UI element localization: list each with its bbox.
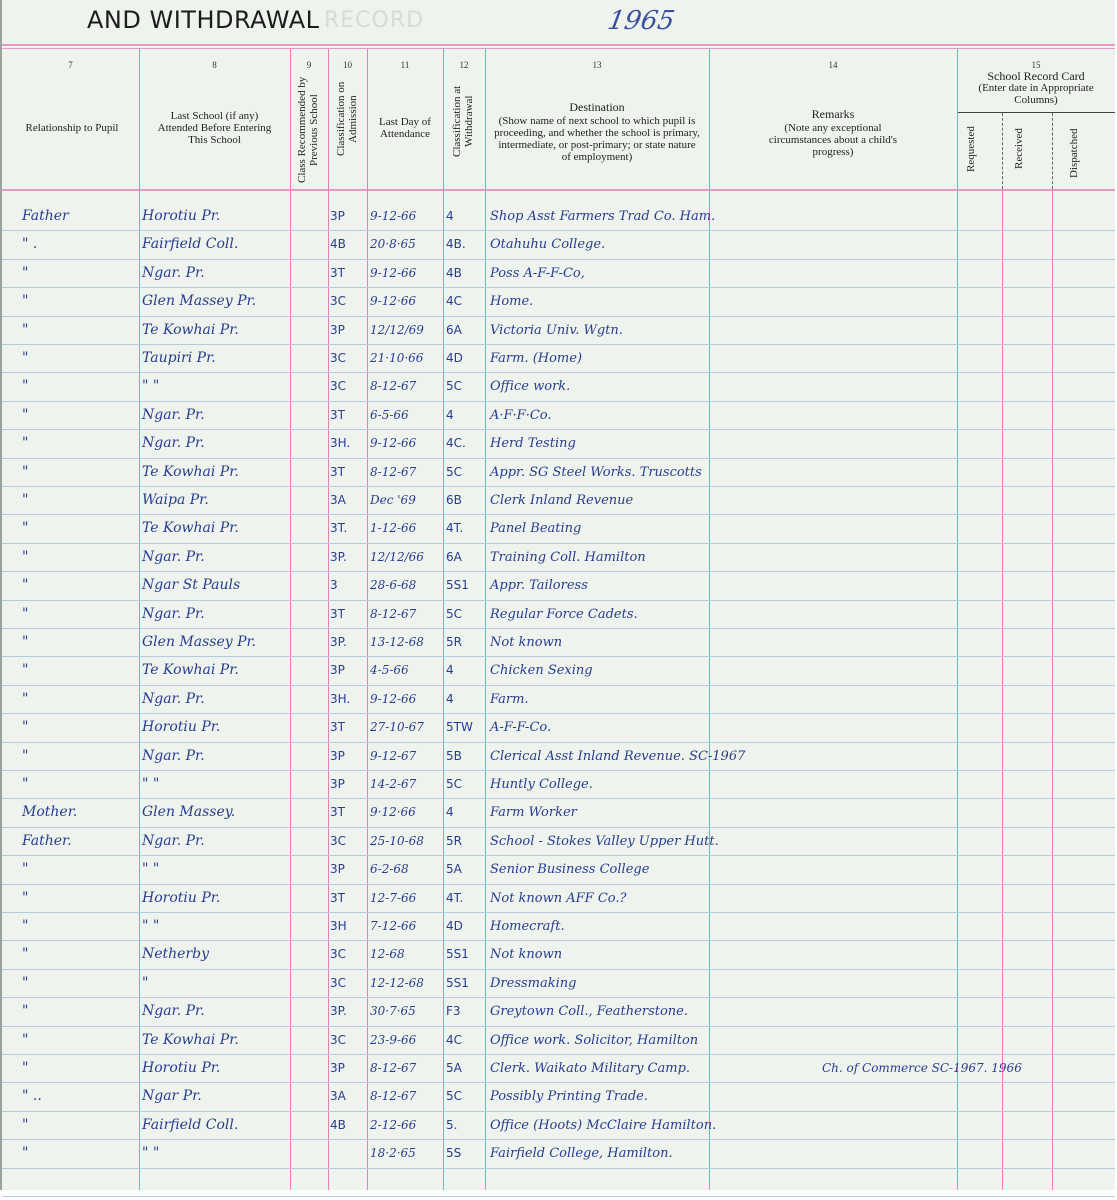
relationship-cell: " xyxy=(22,571,132,600)
last-school-cell: " " xyxy=(142,855,288,884)
last-day-cell: 8-12-67 xyxy=(370,1082,442,1111)
col-8-header: Last School (if any) Attended Before Ent… xyxy=(152,110,277,146)
remarks-cell xyxy=(714,230,954,259)
last-day-cell: 30·7·65 xyxy=(370,997,442,1026)
last-day-cell: 18·2·65 xyxy=(370,1139,442,1168)
admission-class-cell: 3P. xyxy=(330,997,366,1026)
column-line xyxy=(1002,189,1003,1190)
last-day-cell: 9-12-66 xyxy=(370,429,442,458)
remarks-cell xyxy=(714,458,954,487)
withdrawal-class-cell: 5R xyxy=(446,827,484,856)
withdrawal-class-cell: 4 xyxy=(446,656,484,685)
relationship-cell: " xyxy=(22,600,132,629)
relationship-cell: " xyxy=(22,713,132,742)
column-line xyxy=(957,49,958,1190)
admission-class-cell: 3T xyxy=(330,600,366,629)
last-school-cell: Ngar. Pr. xyxy=(142,259,288,288)
remarks-cell xyxy=(714,600,954,629)
withdrawal-class-cell: 4C xyxy=(446,287,484,316)
admission-class-cell xyxy=(330,1139,366,1168)
withdrawal-class-cell: 5S xyxy=(446,1139,484,1168)
remarks-cell xyxy=(714,742,954,771)
col-15-header: School Record Card xyxy=(957,70,1115,82)
relationship-cell: " xyxy=(22,316,132,345)
admission-class-cell: 3P. xyxy=(330,628,366,657)
last-day-cell: 12/12/66 xyxy=(370,543,442,572)
remarks-cell xyxy=(714,884,954,913)
col-15-received: Received xyxy=(1013,118,1041,180)
col-7-number: 7 xyxy=(2,60,139,70)
col-15-divider xyxy=(957,112,1115,113)
last-school-cell: Fairfield Coll. xyxy=(142,1111,288,1140)
relationship-cell: Mother. xyxy=(22,798,132,827)
remarks-cell xyxy=(714,372,954,401)
relationship-cell: " xyxy=(22,770,132,799)
withdrawal-class-cell: 5C xyxy=(446,458,484,487)
remarks-cell xyxy=(714,543,954,572)
last-day-cell: 12-12-68 xyxy=(370,969,442,998)
last-day-cell: 9-12-66 xyxy=(370,259,442,288)
withdrawal-class-cell: 6A xyxy=(446,543,484,572)
relationship-cell: " xyxy=(22,429,132,458)
remarks-cell xyxy=(714,713,954,742)
last-school-cell: " xyxy=(142,969,288,998)
remarks-cell xyxy=(714,401,954,430)
last-day-cell: 12/12/69 xyxy=(370,316,442,345)
last-day-cell: 6-5-66 xyxy=(370,401,442,430)
relationship-cell: " xyxy=(22,1139,132,1168)
withdrawal-class-cell: 4D xyxy=(446,912,484,941)
last-school-cell: Horotiu Pr. xyxy=(142,1054,288,1083)
last-day-cell: 23-9-66 xyxy=(370,1026,442,1055)
relationship-cell: " xyxy=(22,997,132,1026)
page-title: AND WITHDRAWAL xyxy=(87,6,320,34)
relationship-cell: " xyxy=(22,514,132,543)
relationship-cell: " xyxy=(22,855,132,884)
withdrawal-class-cell: 6A xyxy=(446,316,484,345)
column-line xyxy=(139,49,140,1190)
col-8-number: 8 xyxy=(139,60,290,70)
last-school-cell: Ngar Pr. xyxy=(142,1082,288,1111)
relationship-cell: " xyxy=(22,372,132,401)
admission-class-cell: 3C xyxy=(330,1026,366,1055)
relationship-cell: " xyxy=(22,1054,132,1083)
last-school-cell: Ngar. Pr. xyxy=(142,543,288,572)
remarks-cell xyxy=(714,1111,954,1140)
last-school-cell: Horotiu Pr. xyxy=(142,202,288,231)
col-15-sub-divider-1 xyxy=(1002,113,1003,189)
remarks-cell xyxy=(714,429,954,458)
admission-class-cell: 3 xyxy=(330,571,366,600)
last-school-cell: Te Kowhai Pr. xyxy=(142,514,288,543)
withdrawal-class-cell: 4 xyxy=(446,798,484,827)
relationship-cell: " xyxy=(22,912,132,941)
last-school-cell: Te Kowhai Pr. xyxy=(142,656,288,685)
register-page: AND WITHDRAWAL RECORD 1965 7 Relationshi… xyxy=(0,0,1115,1190)
relationship-cell: " xyxy=(22,344,132,373)
last-school-cell: " " xyxy=(142,372,288,401)
withdrawal-class-cell: 5S1 xyxy=(446,969,484,998)
col-10-number: 10 xyxy=(328,60,367,70)
last-day-cell: 14-2-67 xyxy=(370,770,442,799)
remarks-cell xyxy=(714,1139,954,1168)
admission-class-cell: 3T xyxy=(330,401,366,430)
column-line xyxy=(328,49,329,1190)
last-school-cell: Ngar. Pr. xyxy=(142,429,288,458)
last-school-cell: Horotiu Pr. xyxy=(142,713,288,742)
col-14-note: (Note any exceptional circumstances abou… xyxy=(762,122,904,158)
col-12-header: Classification at Withdrawal xyxy=(451,74,477,169)
last-school-cell: Waipa Pr. xyxy=(142,486,288,515)
last-school-cell: " " xyxy=(142,912,288,941)
admission-class-cell: 3T xyxy=(330,713,366,742)
last-day-cell: 8-12-67 xyxy=(370,458,442,487)
admission-class-cell: 3P xyxy=(330,742,366,771)
last-day-cell: 8-12-67 xyxy=(370,372,442,401)
admission-class-cell: 3C xyxy=(330,940,366,969)
relationship-cell: " xyxy=(22,486,132,515)
last-day-cell: 8-12-67 xyxy=(370,1054,442,1083)
col-12-number: 12 xyxy=(443,60,485,70)
last-school-cell: Te Kowhai Pr. xyxy=(142,1026,288,1055)
withdrawal-class-cell: 5B xyxy=(446,742,484,771)
admission-class-cell: 4B xyxy=(330,1111,366,1140)
withdrawal-class-cell: 4D xyxy=(446,344,484,373)
last-school-cell: Ngar St Pauls xyxy=(142,571,288,600)
remarks-cell: Ch. of Commerce SC-1967. 1966 xyxy=(822,1054,1062,1083)
withdrawal-class-cell: 5C xyxy=(446,600,484,629)
last-day-cell: 9-12-66 xyxy=(370,202,442,231)
admission-class-cell: 3T xyxy=(330,458,366,487)
remarks-cell xyxy=(714,486,954,515)
relationship-cell: Father xyxy=(22,202,132,231)
relationship-cell: " xyxy=(22,628,132,657)
last-day-cell: 9·12·66 xyxy=(370,798,442,827)
col-10-header: Classification on Admission xyxy=(335,74,361,164)
withdrawal-class-cell: 5S1 xyxy=(446,571,484,600)
remarks-cell xyxy=(714,940,954,969)
remarks-cell xyxy=(714,1082,954,1111)
last-day-cell: 2-12-66 xyxy=(370,1111,442,1140)
withdrawal-class-cell: 4C xyxy=(446,1026,484,1055)
withdrawal-class-cell: 4 xyxy=(446,202,484,231)
remarks-cell xyxy=(714,969,954,998)
relationship-cell: " xyxy=(22,656,132,685)
withdrawal-class-cell: 5A xyxy=(446,855,484,884)
col-15-requested: Requested xyxy=(965,118,993,180)
withdrawal-class-cell: 5TW xyxy=(446,713,484,742)
admission-class-cell: 3C xyxy=(330,287,366,316)
remarks-cell xyxy=(714,827,954,856)
admission-class-cell: 3C xyxy=(330,827,366,856)
admission-class-cell: 3C xyxy=(330,372,366,401)
admission-class-cell: 3P xyxy=(330,316,366,345)
last-school-cell: Ngar. Pr. xyxy=(142,685,288,714)
relationship-cell: " xyxy=(22,742,132,771)
last-day-cell: 21·10·66 xyxy=(370,344,442,373)
relationship-cell: " .. xyxy=(22,1082,132,1111)
admission-class-cell: 3P xyxy=(330,1054,366,1083)
admission-class-cell: 3T xyxy=(330,259,366,288)
header-bottom-border xyxy=(2,189,1115,191)
admission-class-cell: 3P. xyxy=(330,543,366,572)
withdrawal-class-cell: 5C xyxy=(446,1082,484,1111)
last-school-cell: Taupiri Pr. xyxy=(142,344,288,373)
remarks-cell xyxy=(714,912,954,941)
remarks-cell xyxy=(714,997,954,1026)
admission-class-cell: 3P xyxy=(330,855,366,884)
remarks-cell xyxy=(714,798,954,827)
relationship-cell: " xyxy=(22,287,132,316)
relationship-cell: " xyxy=(22,458,132,487)
last-school-cell: " " xyxy=(142,770,288,799)
relationship-cell: " xyxy=(22,401,132,430)
col-15-sub-divider-2 xyxy=(1052,113,1053,189)
relationship-cell: " xyxy=(22,969,132,998)
withdrawal-class-cell: 5. xyxy=(446,1111,484,1140)
remarks-cell xyxy=(714,1026,954,1055)
relationship-cell: " xyxy=(22,940,132,969)
withdrawal-class-cell: 5R xyxy=(446,628,484,657)
last-school-cell: Horotiu Pr. xyxy=(142,884,288,913)
last-day-cell: 12-7-66 xyxy=(370,884,442,913)
last-school-cell: Glen Massey. xyxy=(142,798,288,827)
relationship-cell: " xyxy=(22,685,132,714)
last-school-cell: " " xyxy=(142,1139,288,1168)
remarks-cell xyxy=(714,514,954,543)
last-day-cell: 28-6-68 xyxy=(370,571,442,600)
col-13-header: Destination xyxy=(485,101,709,113)
admission-class-cell: 3T xyxy=(330,884,366,913)
withdrawal-class-cell: 4C. xyxy=(446,429,484,458)
last-day-cell: 9-12-67 xyxy=(370,742,442,771)
last-school-cell: Ngar. Pr. xyxy=(142,401,288,430)
remarks-cell xyxy=(714,202,954,231)
withdrawal-class-cell: 5C xyxy=(446,372,484,401)
admission-class-cell: 3H. xyxy=(330,429,366,458)
last-school-cell: Netherby xyxy=(142,940,288,969)
admission-class-cell: 3T xyxy=(330,798,366,827)
remarks-cell xyxy=(714,855,954,884)
admission-class-cell: 3C xyxy=(330,344,366,373)
admission-class-cell: 3C xyxy=(330,969,366,998)
withdrawal-class-cell: 4 xyxy=(446,401,484,430)
col-11-header: Last Day of Attendance xyxy=(372,116,438,140)
col-9-number: 9 xyxy=(290,60,328,70)
col-7-header: Relationship to Pupil xyxy=(22,122,122,134)
column-line xyxy=(1052,189,1053,1190)
admission-class-cell: 3P xyxy=(330,656,366,685)
withdrawal-class-cell: 5C xyxy=(446,770,484,799)
last-school-cell: Ngar. Pr. xyxy=(142,997,288,1026)
admission-class-cell: 3A xyxy=(330,486,366,515)
ruled-line xyxy=(2,1196,1115,1197)
withdrawal-class-cell: F3 xyxy=(446,997,484,1026)
remarks-cell xyxy=(714,259,954,288)
last-school-cell: Fairfield Coll. xyxy=(142,230,288,259)
last-day-cell: 27-10-67 xyxy=(370,713,442,742)
col-14-header: Remarks xyxy=(709,108,957,120)
last-day-cell: 9-12·66 xyxy=(370,287,442,316)
admission-class-cell: 3H. xyxy=(330,685,366,714)
admission-class-cell: 3H xyxy=(330,912,366,941)
col-14-number: 14 xyxy=(709,60,957,70)
remarks-cell xyxy=(714,316,954,345)
relationship-cell: " xyxy=(22,543,132,572)
col-15-dispatched: Dispatched xyxy=(1068,118,1096,188)
last-day-cell: 8-12-67 xyxy=(370,600,442,629)
admission-class-cell: 3A xyxy=(330,1082,366,1111)
last-school-cell: Te Kowhai Pr. xyxy=(142,316,288,345)
remarks-cell xyxy=(714,656,954,685)
column-line xyxy=(367,49,368,1190)
last-day-cell: 7-12-66 xyxy=(370,912,442,941)
column-line xyxy=(443,49,444,1190)
remarks-cell xyxy=(714,685,954,714)
col-15-note: (Enter date in Appropriate Columns) xyxy=(962,82,1110,106)
relationship-cell: " xyxy=(22,884,132,913)
last-day-cell: 13-12-68 xyxy=(370,628,442,657)
admission-class-cell: 4B xyxy=(330,230,366,259)
last-school-cell: Glen Massey Pr. xyxy=(142,628,288,657)
withdrawal-class-cell: 5S1 xyxy=(446,940,484,969)
admission-class-cell: 3T. xyxy=(330,514,366,543)
withdrawal-class-cell: 5A xyxy=(446,1054,484,1083)
withdrawal-class-cell: 4B xyxy=(446,259,484,288)
remarks-cell xyxy=(714,344,954,373)
last-school-cell: Te Kowhai Pr. xyxy=(142,458,288,487)
remarks-cell xyxy=(714,571,954,600)
withdrawal-class-cell: 4B. xyxy=(446,230,484,259)
remarks-cell xyxy=(714,287,954,316)
last-school-cell: Ngar. Pr. xyxy=(142,742,288,771)
withdrawal-class-cell: 4T. xyxy=(446,514,484,543)
last-day-cell: Dec '69 xyxy=(370,486,442,515)
last-school-cell: Glen Massey Pr. xyxy=(142,287,288,316)
column-line xyxy=(290,49,291,1190)
header-top-border xyxy=(2,44,1115,46)
last-day-cell: 1-12-66 xyxy=(370,514,442,543)
last-day-cell: 25-10-68 xyxy=(370,827,442,856)
admission-class-cell: 3P xyxy=(330,202,366,231)
year-annotation: 1965 xyxy=(605,6,676,36)
ruled-line xyxy=(2,1168,1115,1169)
column-line xyxy=(485,49,486,1190)
col-13-note: (Show name of next school to which pupil… xyxy=(494,115,700,163)
last-school-cell: Ngar. Pr. xyxy=(142,600,288,629)
admission-class-cell: 3P xyxy=(330,770,366,799)
remarks-cell xyxy=(714,770,954,799)
last-day-cell: 4-5-66 xyxy=(370,656,442,685)
withdrawal-class-cell: 4T. xyxy=(446,884,484,913)
last-day-cell: 9-12-66 xyxy=(370,685,442,714)
last-school-cell: Ngar. Pr. xyxy=(142,827,288,856)
relationship-cell: " xyxy=(22,259,132,288)
last-day-cell: 20·8·65 xyxy=(370,230,442,259)
bleed-through-title: RECORD xyxy=(324,8,424,33)
relationship-cell: " xyxy=(22,1111,132,1140)
relationship-cell: " . xyxy=(22,230,132,259)
relationship-cell: " xyxy=(22,1026,132,1055)
withdrawal-class-cell: 6B xyxy=(446,486,484,515)
header-top-border-inner xyxy=(2,48,1115,49)
col-11-number: 11 xyxy=(367,60,443,70)
last-day-cell: 12-68 xyxy=(370,940,442,969)
last-day-cell: 6-2-68 xyxy=(370,855,442,884)
col-9-header: Class Recommended by Previous School xyxy=(296,74,322,186)
remarks-cell xyxy=(714,628,954,657)
relationship-cell: Father. xyxy=(22,827,132,856)
col-13-number: 13 xyxy=(485,60,709,70)
withdrawal-class-cell: 4 xyxy=(446,685,484,714)
